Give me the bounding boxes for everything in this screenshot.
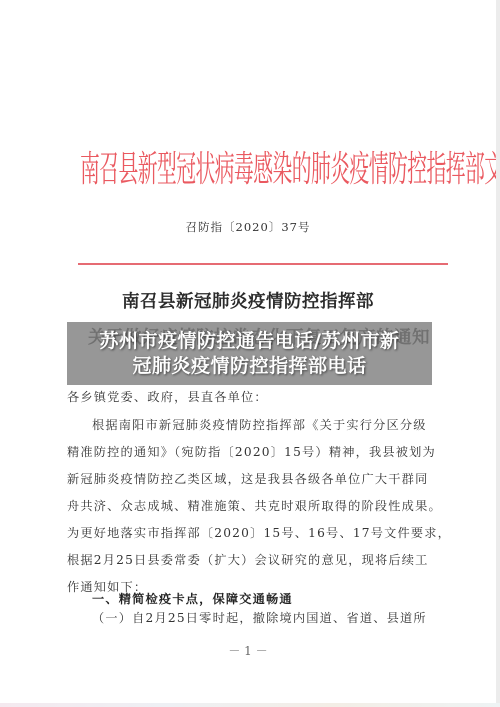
- paragraph-line: 新冠肺炎疫情防控乙类区域，这是我县各级各单位广大干群同: [67, 470, 437, 487]
- red-divider-line: [78, 263, 448, 265]
- paragraph-line: 根据南阳市新冠肺炎疫情防控指挥部《关于实行分区分级: [92, 416, 462, 433]
- page-edge-right: [496, 0, 500, 707]
- overlay-headline-line-2: 冠肺炎疫情防控指挥部电话: [132, 354, 366, 379]
- page-number: － 1 －: [0, 642, 496, 659]
- document-number: 召防指〔2020〕37号: [0, 219, 496, 235]
- overlay-headline-line-1: 苏州市疫情防控通告电话/苏州市新: [100, 329, 400, 354]
- salutation: 各乡镇党委、政府，县直各单位：: [67, 388, 437, 405]
- page-edge-bottom: [0, 703, 500, 707]
- section-heading: 一、精简检疫卡点，保障交通畅通: [92, 590, 462, 607]
- paragraph-line: 根据2月25日县委常委（扩大）会议研究的意见，现将后续工: [67, 551, 437, 568]
- red-header-title: 南召县新型冠状病毒感染的肺炎疫情防控指挥部文件: [80, 140, 288, 200]
- paragraph-line: 为更好地落实市指挥部〔2020〕15号、16号、17号文件要求，: [67, 524, 437, 541]
- subsection-line: （一）自2月25日零时起，撤除境内国道、省道、县道所: [92, 609, 462, 626]
- headline-overlay-banner: 苏州市疫情防控通告电话/苏州市新 冠肺炎疫情防控指挥部电话: [67, 322, 432, 385]
- paragraph-line: 舟共济、众志成城、精准施策、共克时艰所取得的阶段性成果。: [67, 497, 437, 514]
- paragraph-line: 精准防控的通知》（宛防指〔2020〕15号）精神，我县被划为: [67, 443, 437, 460]
- document-title-line-1: 南召县新冠肺炎疫情防控指挥部: [0, 288, 496, 313]
